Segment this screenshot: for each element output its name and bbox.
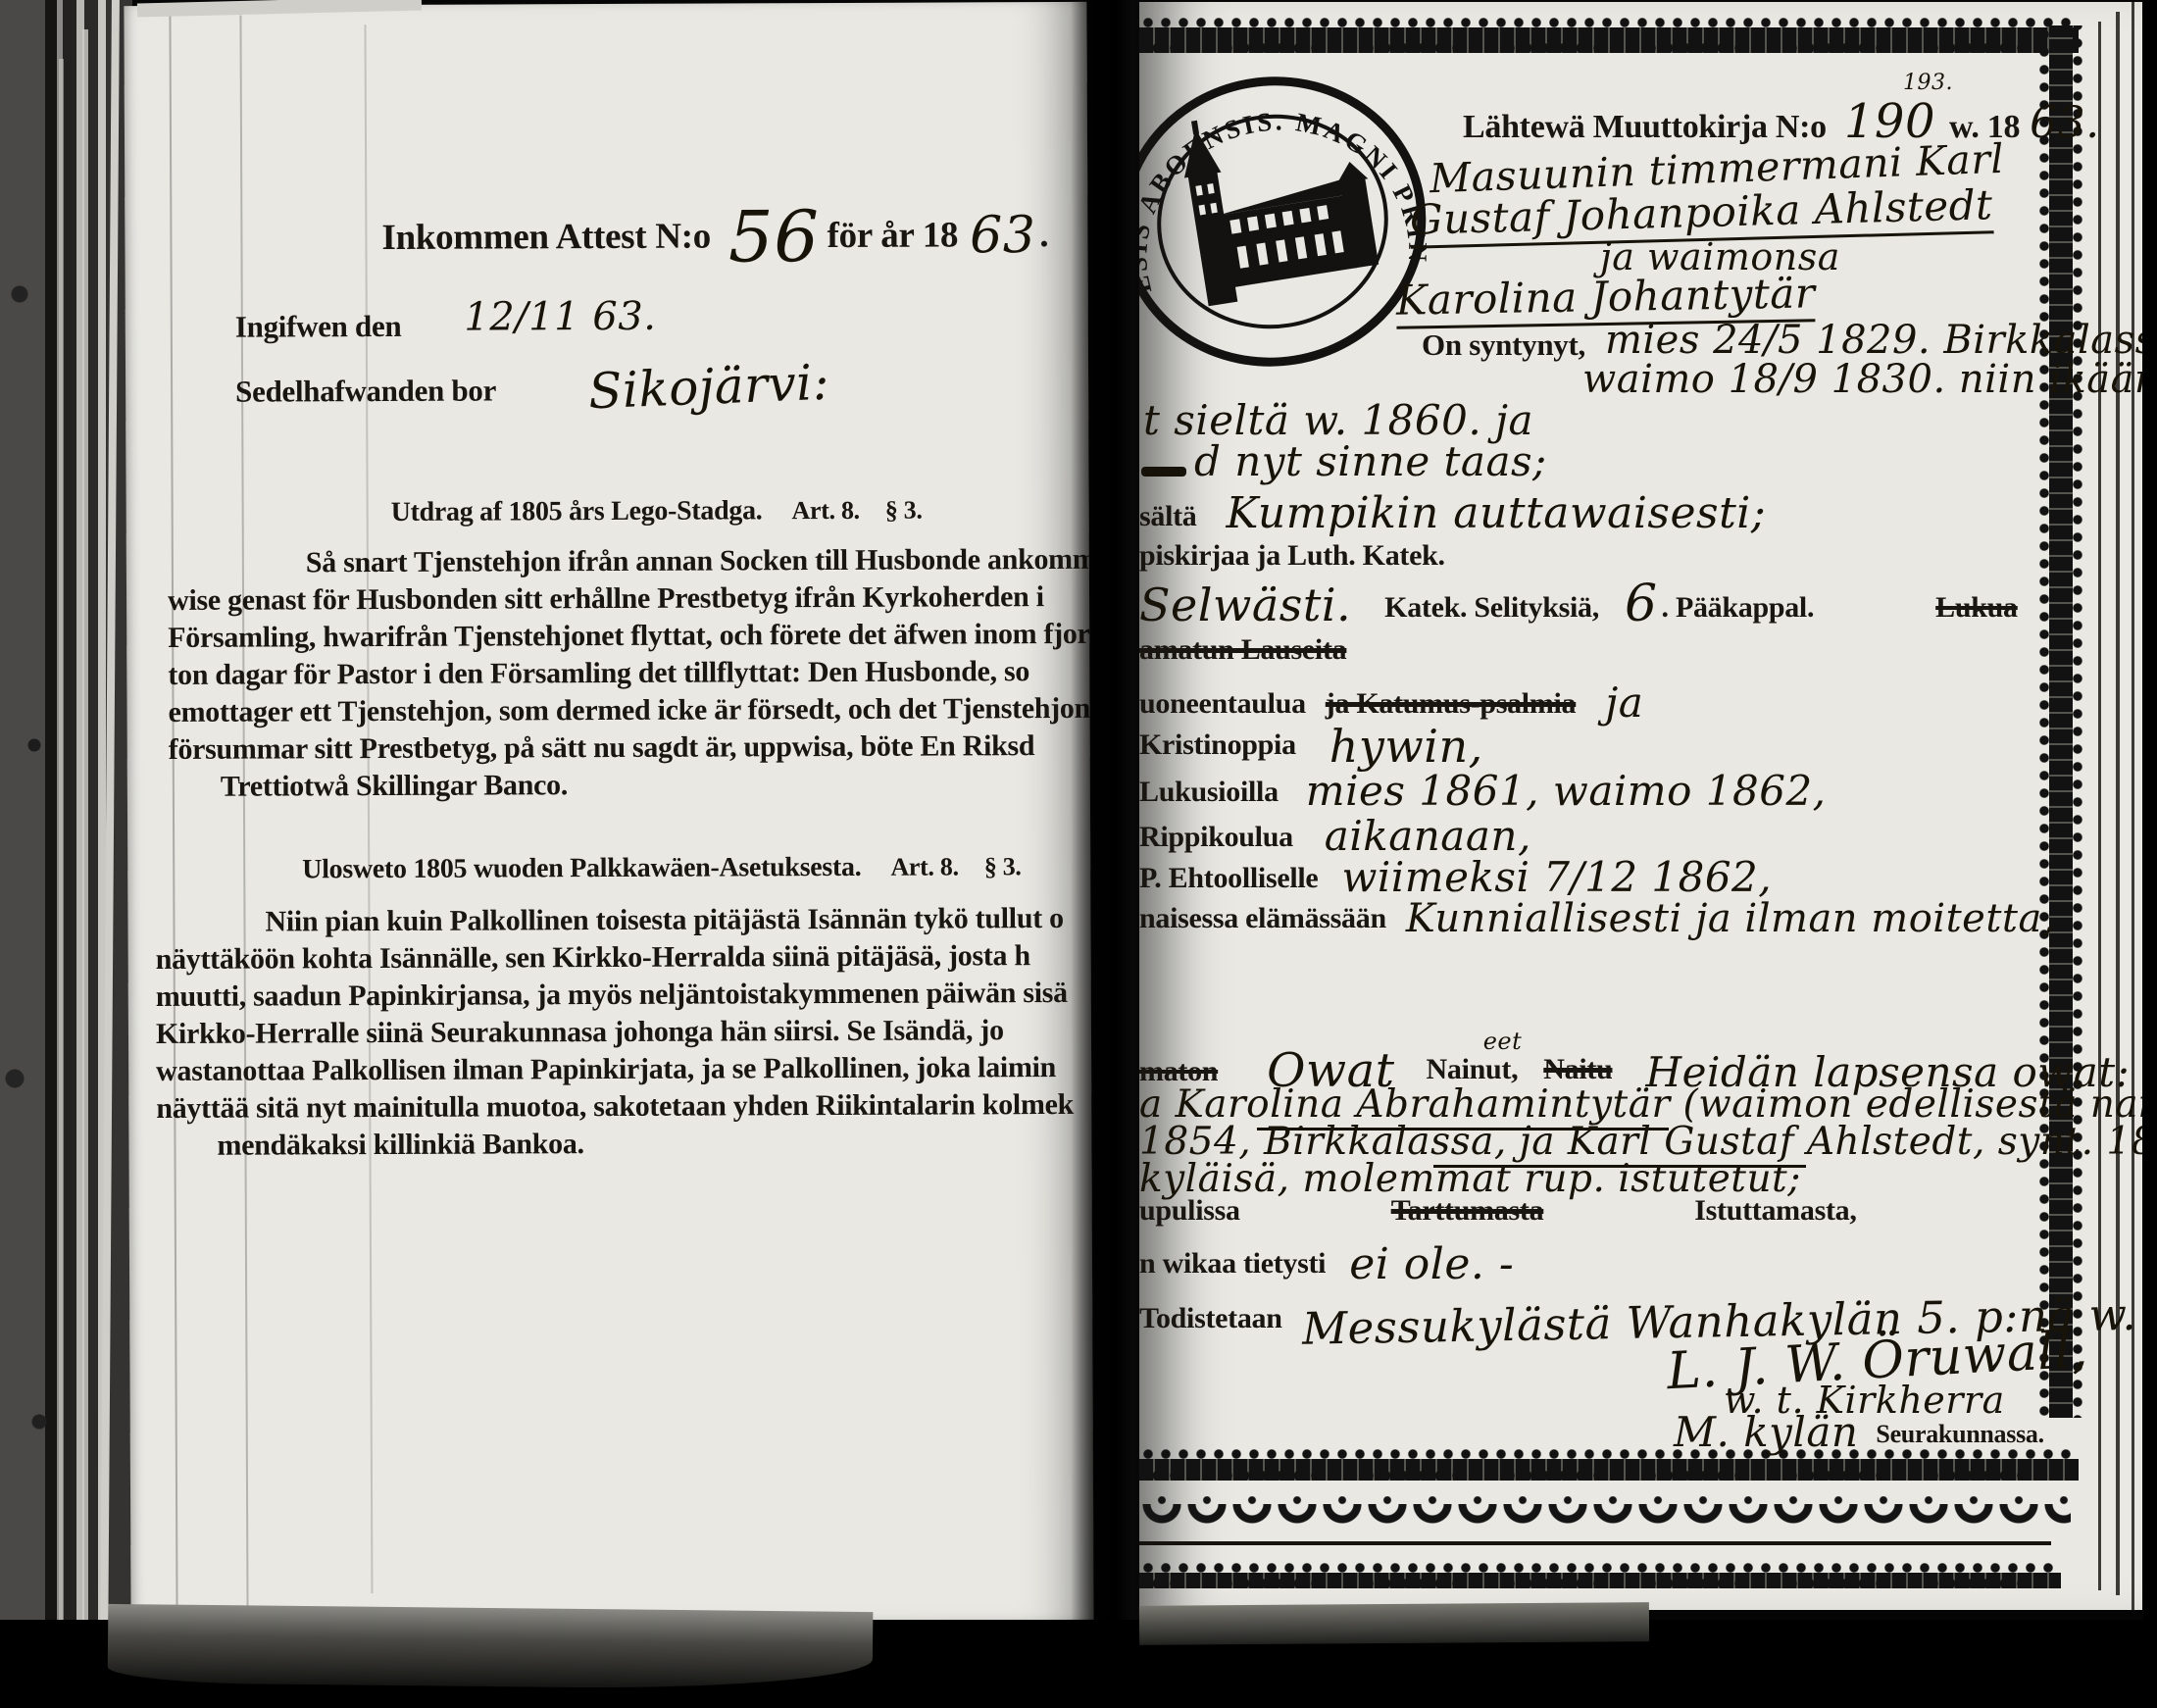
page-crease (364, 25, 373, 1593)
conduct-label-fragment: naisessa elämässään (1139, 902, 1386, 934)
born-label: On syntynyt, (1422, 327, 1585, 362)
swedish-paragraph-line: wise genast för Husbonden sitt erhållne … (168, 580, 1044, 618)
defect-handwritten: ei ole. - (1349, 1239, 1514, 1289)
residence-row: Sedelhafwanden bor Sikojärvi: (235, 358, 829, 418)
finnish-paragraph-line: näyttäköön kohta Isännälle, sen Kirkko-H… (156, 939, 1030, 977)
left-page-attest: Inkommen Attest N:o 56 för år 18 63 . In… (124, 2, 1093, 1624)
received-label: Ingifwen den (235, 309, 402, 344)
household-struck: ja Katumus-psalmia (1326, 687, 1576, 720)
reads-label-fragment: sältä (1139, 500, 1197, 532)
smallpox-label-fragment: upulissa (1139, 1194, 1240, 1227)
swedish-paragraph-line: ton dagar för Pastor i den Församling de… (168, 655, 1029, 692)
signature-parish-row: M. kylän Seurakunnassa. (1674, 1408, 2044, 1456)
page-edge-line (2132, 2, 2134, 1610)
heading-text: Utdrag af 1805 års Lego-Stadga. (391, 495, 763, 527)
finnish-section-heading: Ulosweto 1805 wuoden Palkkawäen-Asetukse… (302, 851, 1021, 885)
finnish-paragraph-line: mendäkaksi killinkiä Bankoa. (217, 1128, 583, 1163)
smallpox-struck-tarttumasta: Tarttumasta (1391, 1194, 1544, 1227)
attestation-label: Todistetaan (1139, 1302, 1282, 1334)
swedish-section-heading: Utdrag af 1805 års Lego-Stadga. Art. 8. … (391, 495, 923, 528)
scanned-church-book-opening: Inkommen Attest N:o 56 för år 18 63 . In… (0, 0, 2157, 1708)
readings-row: Lukusioilla mies 1861, waimo 1862, (1139, 767, 1827, 815)
christianity-handwritten: hywin, (1329, 720, 1483, 773)
signature-parish-label: Seurakunnassa. (1876, 1420, 2043, 1448)
page-crease (239, 16, 248, 1614)
attest-year-handwritten: 63 (970, 206, 1035, 265)
abc-book-row: piskirjaa ja Luth. Katek. (1139, 539, 1445, 573)
ornament-rule-bottom (1139, 1541, 2051, 1545)
smallpox-label-istuttamasta: Istuttamasta, (1694, 1194, 1856, 1227)
ink-scribble (1141, 467, 1186, 477)
swedish-paragraph-line: emottager ett Tjenstehjon, som dermed ic… (168, 692, 1093, 729)
received-date-handwritten: 12/11 63. (464, 294, 656, 340)
ornament-band-bottom-swag (1139, 1496, 2071, 1532)
heading-text: Ulosweto 1805 wuoden Palkkawäen-Asetukse… (302, 852, 861, 884)
catechism-label: Katek. Selityksiä, (1384, 591, 1599, 624)
swedish-paragraph-line: Trettiotwå Skillingar Banco. (221, 769, 568, 804)
communion-row: P. Ehtoolliselle wiimeksi 7/12 1862, (1139, 853, 1772, 901)
confirmation-label: Rippikoulua (1139, 821, 1293, 853)
page-crease (169, 6, 177, 1624)
defect-label-fragment: n wikaa tietysti (1139, 1247, 1326, 1280)
attest-header-label: Inkommen Attest N:o (381, 217, 711, 258)
reads-handwritten: Kumpikin auttawaisesti; (1227, 488, 1767, 538)
reads-row: sältä Kumpikin auttawaisesti; (1139, 488, 1766, 538)
attest-header: Inkommen Attest N:o 56 för år 18 63 . (381, 194, 1048, 279)
finnish-paragraph-line: wastanottaa Palkollisen ilman Papinkirja… (156, 1051, 1056, 1088)
right-page-muuttokirja: ESIS ABOENSIS. MAGNI PRINC. F (1139, 2, 2142, 1610)
heading-section-sign: § 3. (885, 496, 923, 525)
conduct-row: naisessa elämässään Kunniallisesti ja il… (1139, 896, 2055, 941)
muuttokirja-number-note: 193. (1903, 71, 1953, 95)
readings-handwritten: mies 1861, waimo 1862, (1306, 767, 1827, 815)
moved-back-handwritten: d nyt sinne taas; (1194, 437, 1547, 485)
communion-handwritten: wiimeksi 7/12 1862, (1341, 853, 1772, 901)
finnish-paragraph-line: muutti, saadun Papinkirjansa, ja myös ne… (156, 977, 1068, 1014)
catechism-count-handwritten: 6 (1625, 575, 1658, 633)
bible-verses-struck-row: amatun Lauseita (1139, 633, 1346, 667)
catechism-struck-lukua: Lukua (1935, 591, 2018, 624)
smallpox-row: upulissa Tarttumasta Istuttamasta, (1139, 1194, 1857, 1228)
muuttokirja-year-handwritten: 63. (2030, 98, 2099, 148)
christianity-label: Kristinoppia (1139, 728, 1296, 761)
heading-article: Art. 8. (890, 852, 959, 880)
stacked-page-edge (59, 59, 64, 1677)
communion-label: P. Ehtoolliselle (1139, 862, 1318, 894)
conduct-handwritten: Kunniallisesti ja ilman moitetta, (1406, 896, 2055, 941)
residence-label: Sedelhafwanden bor (235, 373, 496, 408)
marital-label-nainut: Nainut, (1427, 1053, 1519, 1085)
catechism-grade-handwritten: Selwästi. (1139, 578, 1351, 631)
ornament-border-right (2039, 25, 2082, 1418)
right-scan-margin (2143, 0, 2157, 1708)
swedish-paragraph-line: Församling, hwarifrån Tjenstehjonet flyt… (168, 618, 1090, 655)
christianity-row: Kristinoppia hywin, (1139, 720, 1483, 773)
stacked-page-edge (82, 29, 88, 1677)
heading-section-sign: § 3. (984, 852, 1022, 880)
attest-header-period: . (1039, 215, 1048, 255)
attest-number-handwritten: 56 (728, 195, 820, 277)
heading-article: Art. 8. (791, 496, 860, 525)
page-edge-line (2098, 22, 2101, 1590)
swedish-paragraph-line: Så snart Tjenstehjon ifrån annan Socken … (306, 543, 1094, 580)
finnish-paragraph-line: Kirkko-Herralle siinä Seurakunnasa johon… (156, 1014, 1004, 1051)
readings-label: Lukusioilla (1139, 776, 1279, 808)
under-page-curl (108, 1604, 874, 1690)
muuttokirja-label: Lähtewä Muuttokirja N:o (1463, 109, 1827, 145)
moved-back-row: d nyt sinne taas; (1141, 437, 1547, 485)
muuttokirja-header: Lähtewä Muuttokirja N:o 190 193. w. 18 6… (1463, 94, 2100, 149)
household-handwritten-ja: ja (1605, 678, 1643, 727)
marital-superscript-eet: eet (1483, 1028, 1523, 1055)
finnish-paragraph-line: Niin pian kuin Palkollinen toisesta pitä… (265, 902, 1063, 939)
ornament-band-bottom-2 (1139, 1563, 2061, 1598)
received-row: Ingifwen den 12/11 63. (235, 294, 657, 345)
signature-parish-handwritten: M. kylän (1674, 1408, 1858, 1456)
catechism-label2: . Pääkappal. (1662, 591, 1815, 624)
residence-value-handwritten: Sikojärvi: (587, 354, 830, 421)
defect-row: n wikaa tietysti ei ole. - (1139, 1239, 1514, 1289)
born-row-wife: waimo 18/9 1830. niin ikään, (1582, 357, 2142, 402)
catechism-row: Selwästi. Katek. Selityksiä, 6 . Pääkapp… (1139, 575, 2018, 633)
under-page-curl-right (1139, 1602, 1649, 1645)
page-edge-line (2116, 12, 2120, 1595)
finnish-paragraph-line: näyttää sitä nyt mainitulla muotoa, sako… (156, 1088, 1074, 1126)
attest-header-mid: för år 18 (827, 215, 958, 256)
marital-struck-naitu: Naitu (1543, 1053, 1612, 1085)
household-label-fragment: uoneentaulua (1139, 687, 1306, 720)
swedish-paragraph-line: försummar sitt Prestbetyg, på sätt nu sa… (169, 729, 1035, 767)
